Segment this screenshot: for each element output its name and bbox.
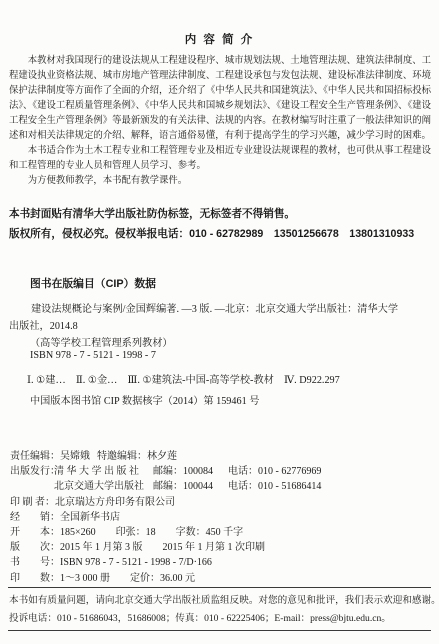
- intro-body: 本教材对我国现行的建设法规从工程建设程序、城市规划法规、土地管理法规、建筑法律制…: [9, 54, 431, 189]
- cip-classification: Ⅰ. ①建… Ⅱ. ①金… Ⅲ. ①建筑法-中国-高等学校-教材 Ⅳ. D922…: [27, 371, 340, 386]
- editor-label: 责任编辑：: [10, 451, 60, 462]
- printer-row: 印 刷 者：北京瑞达方舟印务有限公司: [10, 495, 431, 510]
- cip-header: 图书在版编目（CIP）数据: [30, 276, 156, 291]
- publisher-label: 出版发行：: [10, 466, 60, 477]
- postcode: 邮编：100044: [153, 479, 213, 494]
- editor-row: 责任编辑：吴嫦娥 特邀编辑：林夕莲: [10, 449, 431, 464]
- editor-name: 吴嫦娥: [60, 451, 90, 462]
- phone-number: 电话：010 - 51686414: [228, 479, 321, 494]
- book-number-row: 书 号：ISBN 978 - 7 - 5121 - 1998 - 7/D·166: [10, 555, 431, 570]
- copyright-page: 内 容 简 介 本教材对我国现行的建设法规从工程建设程序、城市规划法规、土地管理…: [0, 0, 439, 644]
- distributor-label: 经 销：: [10, 512, 60, 523]
- intro-paragraph: 本书适合作为土木工程专业和工程管理专业及相近专业建设法规课程的教材，也可供从事工…: [9, 144, 431, 174]
- publisher-name: 北京交通大学出版社: [54, 479, 144, 494]
- print-run-value: 1～3 000 册 定价：36.00 元: [60, 573, 195, 584]
- divider-line: [8, 630, 431, 631]
- guest-editor-name: 林夕莲: [147, 451, 177, 462]
- intro-paragraph: 为方便教师教学，本书配有教学课件。: [9, 174, 431, 189]
- copyright-warning: 版权所有，侵权必究。侵权举报电话：010 - 62782989 13501256…: [9, 224, 435, 244]
- printer-label: 印 刷 者：: [10, 497, 55, 508]
- colophon-block: 责任编辑：吴嫦娥 特邀编辑：林夕莲 出版发行： 清 华 大 学 出 版 社 邮编…: [10, 449, 431, 586]
- complaint-contact: 投诉电话：010 - 51686043，51686008；传真：010 - 62…: [9, 610, 435, 624]
- cip-entry-line1: 建设法规概论与案例/金国辉编著. —3 版. —北京：北京交通大学出版社：清华大…: [31, 300, 398, 315]
- edition-value: 2015 年 1 月第 3 版 2015 年 1 月第 1 次印刷: [60, 542, 265, 553]
- format-label: 开 本：: [10, 527, 60, 538]
- publisher-row: 出版发行： 清 华 大 学 出 版 社 邮编：100084 电话：010 - 6…: [10, 464, 431, 479]
- divider-line: [8, 587, 431, 588]
- format-value: 185×260 印张：18 字数：450 千字: [60, 527, 243, 538]
- publisher-name: 清 华 大 学 出 版 社: [54, 464, 139, 479]
- print-run-row: 印 数：1～3 000 册 定价：36.00 元: [10, 571, 431, 586]
- book-number-label: 书 号：: [10, 557, 60, 568]
- distributor-row: 经 销：全国新华书店: [10, 510, 431, 525]
- anti-piracy-notice: 本书封面贴有清华大学出版社防伪标签，无标签者不得销售。: [9, 204, 435, 224]
- intro-title: 内 容 简 介: [0, 31, 439, 47]
- edition-label: 版 次：: [10, 542, 60, 553]
- edition-row: 版 次：2015 年 1 月第 3 版 2015 年 1 月第 1 次印刷: [10, 540, 431, 555]
- format-row: 开 本：185×260 印张：18 字数：450 千字: [10, 525, 431, 540]
- cip-series: （高等学校工程管理系列教材）: [30, 334, 173, 349]
- anti-piracy-block: 本书封面贴有清华大学出版社防伪标签，无标签者不得销售。 版权所有，侵权必究。侵权…: [9, 204, 435, 244]
- cip-entry-line2: 出版社，2014.8: [9, 317, 78, 332]
- cip-isbn: ISBN 978 - 7 - 5121 - 1998 - 7: [30, 350, 156, 361]
- intro-paragraph: 本教材对我国现行的建设法规从工程建设程序、城市规划法规、土地管理法规、建筑法律制…: [9, 54, 431, 144]
- publisher-row: 北京交通大学出版社 邮编：100044 电话：010 - 51686414: [10, 479, 431, 494]
- guest-editor-label: 特邀编辑：: [97, 451, 147, 462]
- quality-notice: 本书如有质量问题，请向北京交通大学出版社质监组反映。对您的意见和批评，我们表示欢…: [9, 592, 435, 606]
- postcode: 邮编：100084: [153, 464, 213, 479]
- print-run-label: 印 数：: [10, 573, 60, 584]
- printer-name: 北京瑞达方舟印务有限公司: [55, 497, 175, 508]
- distributor-name: 全国新华书店: [60, 512, 120, 523]
- book-number-value: ISBN 978 - 7 - 5121 - 1998 - 7/D·166: [60, 557, 212, 568]
- cip-record-number: 中国版本图书馆 CIP 数据核字（2014）第 159461 号: [30, 392, 259, 407]
- phone-number: 电话：010 - 62776969: [228, 464, 321, 479]
